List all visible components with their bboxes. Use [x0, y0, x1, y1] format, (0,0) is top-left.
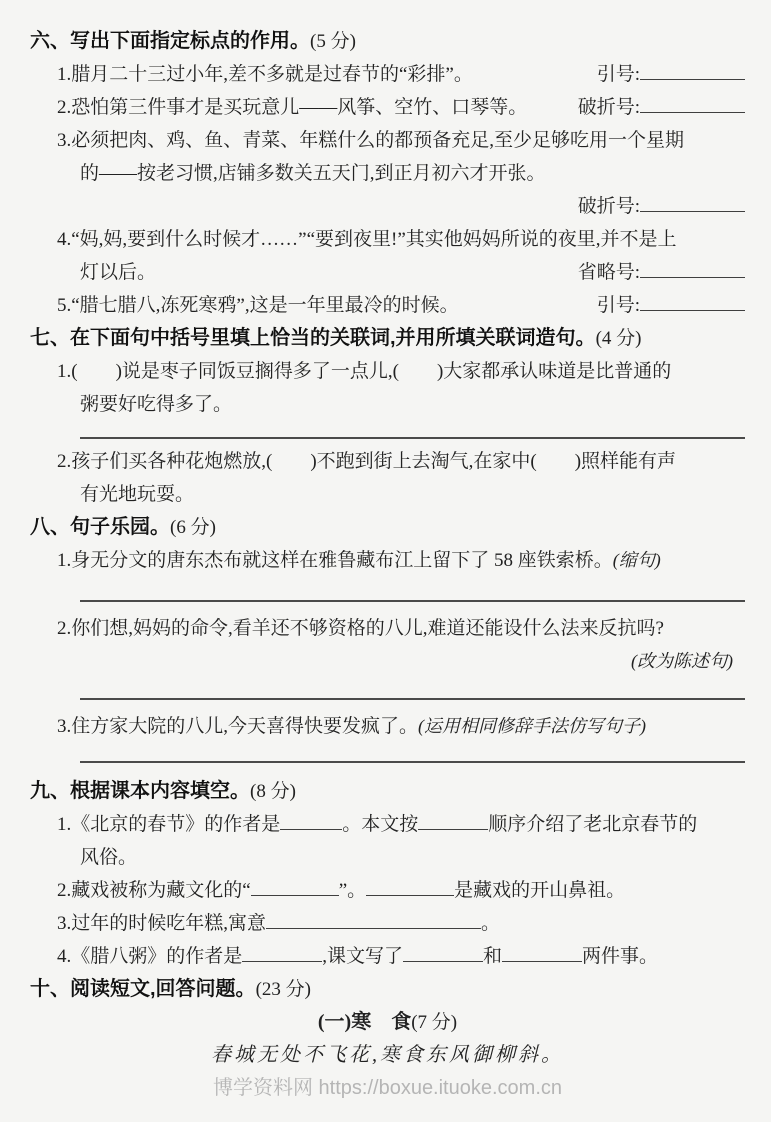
question-8-3-text: 3.住方家大院的八儿,今天喜得快要发疯了。: [57, 716, 418, 737]
answer-blank-6-3: [640, 192, 745, 212]
question-9-2-seg2: ”。: [339, 880, 366, 901]
question-8-2-hint-row: (改为陈述句): [30, 645, 745, 678]
question-8-1: 1.身无分文的唐东杰布就这样在雅鲁藏布江上留下了 58 座铁索桥。(缩句): [30, 544, 745, 577]
fill-blank-9-1b: [418, 810, 488, 830]
question-6-1: 1.腊月二十三过小年,差不多就是过春节的“彩排”。 引号:: [30, 58, 745, 91]
answer-line-8-3: [80, 761, 745, 763]
question-9-4-seg4: 两件事。: [582, 946, 658, 967]
section-8-title: 八、句子乐园。: [30, 516, 170, 538]
question-9-1-line1: 1.《北京的春节》的作者是。本文按顺序介绍了老北京春节的: [30, 808, 745, 841]
answer-line-8-2: [80, 698, 745, 700]
section-7-header: 七、在下面句中括号里填上恰当的关联词,并用所填关联词造句。(4 分): [30, 322, 745, 355]
answer-blank-6-2: [640, 93, 745, 113]
question-6-2-text: 2.恐怕第三件事才是买玩意儿——风筝、空竹、口琴等。: [57, 91, 527, 124]
question-6-3-line2: 的——按老习惯,店铺多数关五天门,到正月初六才开张。: [30, 157, 745, 190]
worksheet-content: 六、写出下面指定标点的作用。(5 分) 1.腊月二十三过小年,差不多就是过春节的…: [0, 0, 771, 1105]
question-9-2-seg3: 是藏戏的开山鼻祖。: [454, 880, 625, 901]
question-9-4-seg2: ,课文写了: [322, 946, 403, 967]
answer-slot-6-1: 引号:: [597, 58, 745, 91]
section-10-title: 十、阅读短文,回答问题。: [30, 978, 256, 1000]
question-8-1-text: 1.身无分文的唐东杰布就这样在雅鲁藏布江上留下了 58 座铁索桥。: [57, 550, 613, 571]
question-7-2-line2: 有光地玩耍。: [30, 478, 745, 511]
question-9-2: 2.藏戏被称为藏文化的“”。是藏戏的开山鼻祖。: [30, 874, 745, 907]
answer-label-6-3: 破折号:: [578, 196, 640, 217]
question-9-1-seg3: 顺序介绍了老北京春节的: [488, 814, 697, 835]
question-7-1-line1: 1.( )说是枣子同饭豆搁得多了一点儿,( )大家都承认味道是比普通的: [30, 355, 745, 388]
question-6-4-line2: 灯以后。: [80, 256, 156, 289]
answer-label-6-5: 引号:: [597, 295, 640, 316]
answer-line-7-1: [80, 437, 745, 439]
question-6-3-line1: 3.必须把肉、鸡、鱼、青菜、年糕什么的都预备充足,至少足够吃用一个星期: [30, 124, 745, 157]
question-8-3: 3.住方家大院的八儿,今天喜得快要发疯了。(运用相同修辞手法仿写句子): [30, 710, 745, 743]
section-6-header: 六、写出下面指定标点的作用。(5 分): [30, 25, 745, 58]
passage-title: (一)寒 食: [318, 1011, 411, 1033]
section-8-header: 八、句子乐园。(6 分): [30, 511, 745, 544]
question-9-3-seg2: 。: [481, 913, 500, 934]
question-6-3-answer-row: 破折号:: [30, 190, 745, 223]
question-9-1-seg1: 1.《北京的春节》的作者是: [57, 814, 280, 835]
section-10-score: (23 分): [256, 979, 311, 1000]
question-9-1-line2: 风俗。: [30, 841, 745, 874]
fill-blank-9-3: [266, 909, 481, 929]
section-10-header: 十、阅读短文,回答问题。(23 分): [30, 973, 745, 1006]
section-7-title: 七、在下面句中括号里填上恰当的关联词,并用所填关联词造句。: [30, 327, 596, 349]
passage-score: (7 分): [411, 1012, 457, 1033]
answer-blank-6-5: [640, 291, 745, 311]
answer-label-6-4: 省略号:: [578, 262, 640, 283]
fill-blank-9-4b: [403, 942, 483, 962]
passage-title-row: (一)寒 食(7 分): [30, 1006, 745, 1039]
question-9-2-seg1: 2.藏戏被称为藏文化的“: [57, 880, 251, 901]
answer-line-8-1: [80, 600, 745, 602]
question-9-4-seg3: 和: [483, 946, 502, 967]
question-9-4-seg1: 4.《腊八粥》的作者是: [57, 946, 242, 967]
question-6-4-line1: 4.“妈,妈,要到什么时候才……”“要到夜里!”其实他妈妈所说的夜里,并不是上: [30, 223, 745, 256]
question-9-1-seg2: 。本文按: [342, 814, 418, 835]
section-6-score: (5 分): [310, 31, 356, 52]
poem-line: 春城无处不飞花,寒食东风御柳斜。: [30, 1039, 745, 1072]
answer-blank-6-1: [640, 60, 745, 80]
answer-slot-6-5: 引号:: [597, 289, 745, 322]
fill-blank-9-1a: [280, 810, 342, 830]
question-8-3-hint: (运用相同修辞手法仿写句子): [418, 716, 646, 736]
section-9-score: (8 分): [250, 781, 296, 802]
question-6-5: 5.“腊七腊八,冻死寒鸦”,这是一年里最冷的时候。 引号:: [30, 289, 745, 322]
question-6-5-text: 5.“腊七腊八,冻死寒鸦”,这是一年里最冷的时候。: [57, 289, 459, 322]
question-8-2-hint: (改为陈述句): [631, 651, 733, 671]
question-9-4: 4.《腊八粥》的作者是,课文写了和两件事。: [30, 940, 745, 973]
fill-blank-9-2a: [251, 876, 339, 896]
section-7-score: (4 分): [596, 328, 642, 349]
answer-blank-6-4: [640, 258, 745, 278]
fill-blank-9-4c: [502, 942, 582, 962]
question-8-2-text: 2.你们想,妈妈的命令,看羊还不够资格的八儿,难道还能设什么法来反抗吗?: [30, 612, 745, 645]
fill-blank-9-4a: [242, 942, 322, 962]
question-6-1-text: 1.腊月二十三过小年,差不多就是过春节的“彩排”。: [57, 58, 473, 91]
section-6-title: 六、写出下面指定标点的作用。: [30, 30, 310, 52]
question-6-4-line2-row: 灯以后。 省略号:: [30, 256, 745, 289]
question-9-3-seg1: 3.过年的时候吃年糕,寓意: [57, 913, 266, 934]
answer-label-6-1: 引号:: [597, 64, 640, 85]
section-9-header: 九、根据课本内容填空。(8 分): [30, 775, 745, 808]
answer-slot-6-4: 省略号:: [578, 256, 745, 289]
answer-slot-6-3: 破折号:: [578, 196, 745, 217]
question-6-2: 2.恐怕第三件事才是买玩意儿——风筝、空竹、口琴等。 破折号:: [30, 91, 745, 124]
question-7-2-line1: 2.孩子们买各种花炮燃放,( )不跑到街上去淘气,在家中( )照样能有声: [30, 445, 745, 478]
section-8-score: (6 分): [170, 517, 216, 538]
fill-blank-9-2b: [366, 876, 454, 896]
footer-watermark: 博学资料网 https://boxue.ituoke.com.cn: [30, 1072, 745, 1105]
answer-label-6-2: 破折号:: [578, 97, 640, 118]
question-9-3: 3.过年的时候吃年糕,寓意。: [30, 907, 745, 940]
section-9-title: 九、根据课本内容填空。: [30, 780, 250, 802]
question-7-1-line2: 粥要好吃得多了。: [30, 388, 745, 421]
answer-slot-6-2: 破折号:: [578, 91, 745, 124]
worksheet-page: 六、写出下面指定标点的作用。(5 分) 1.腊月二十三过小年,差不多就是过春节的…: [0, 0, 771, 1122]
question-8-1-hint: (缩句): [613, 550, 661, 570]
